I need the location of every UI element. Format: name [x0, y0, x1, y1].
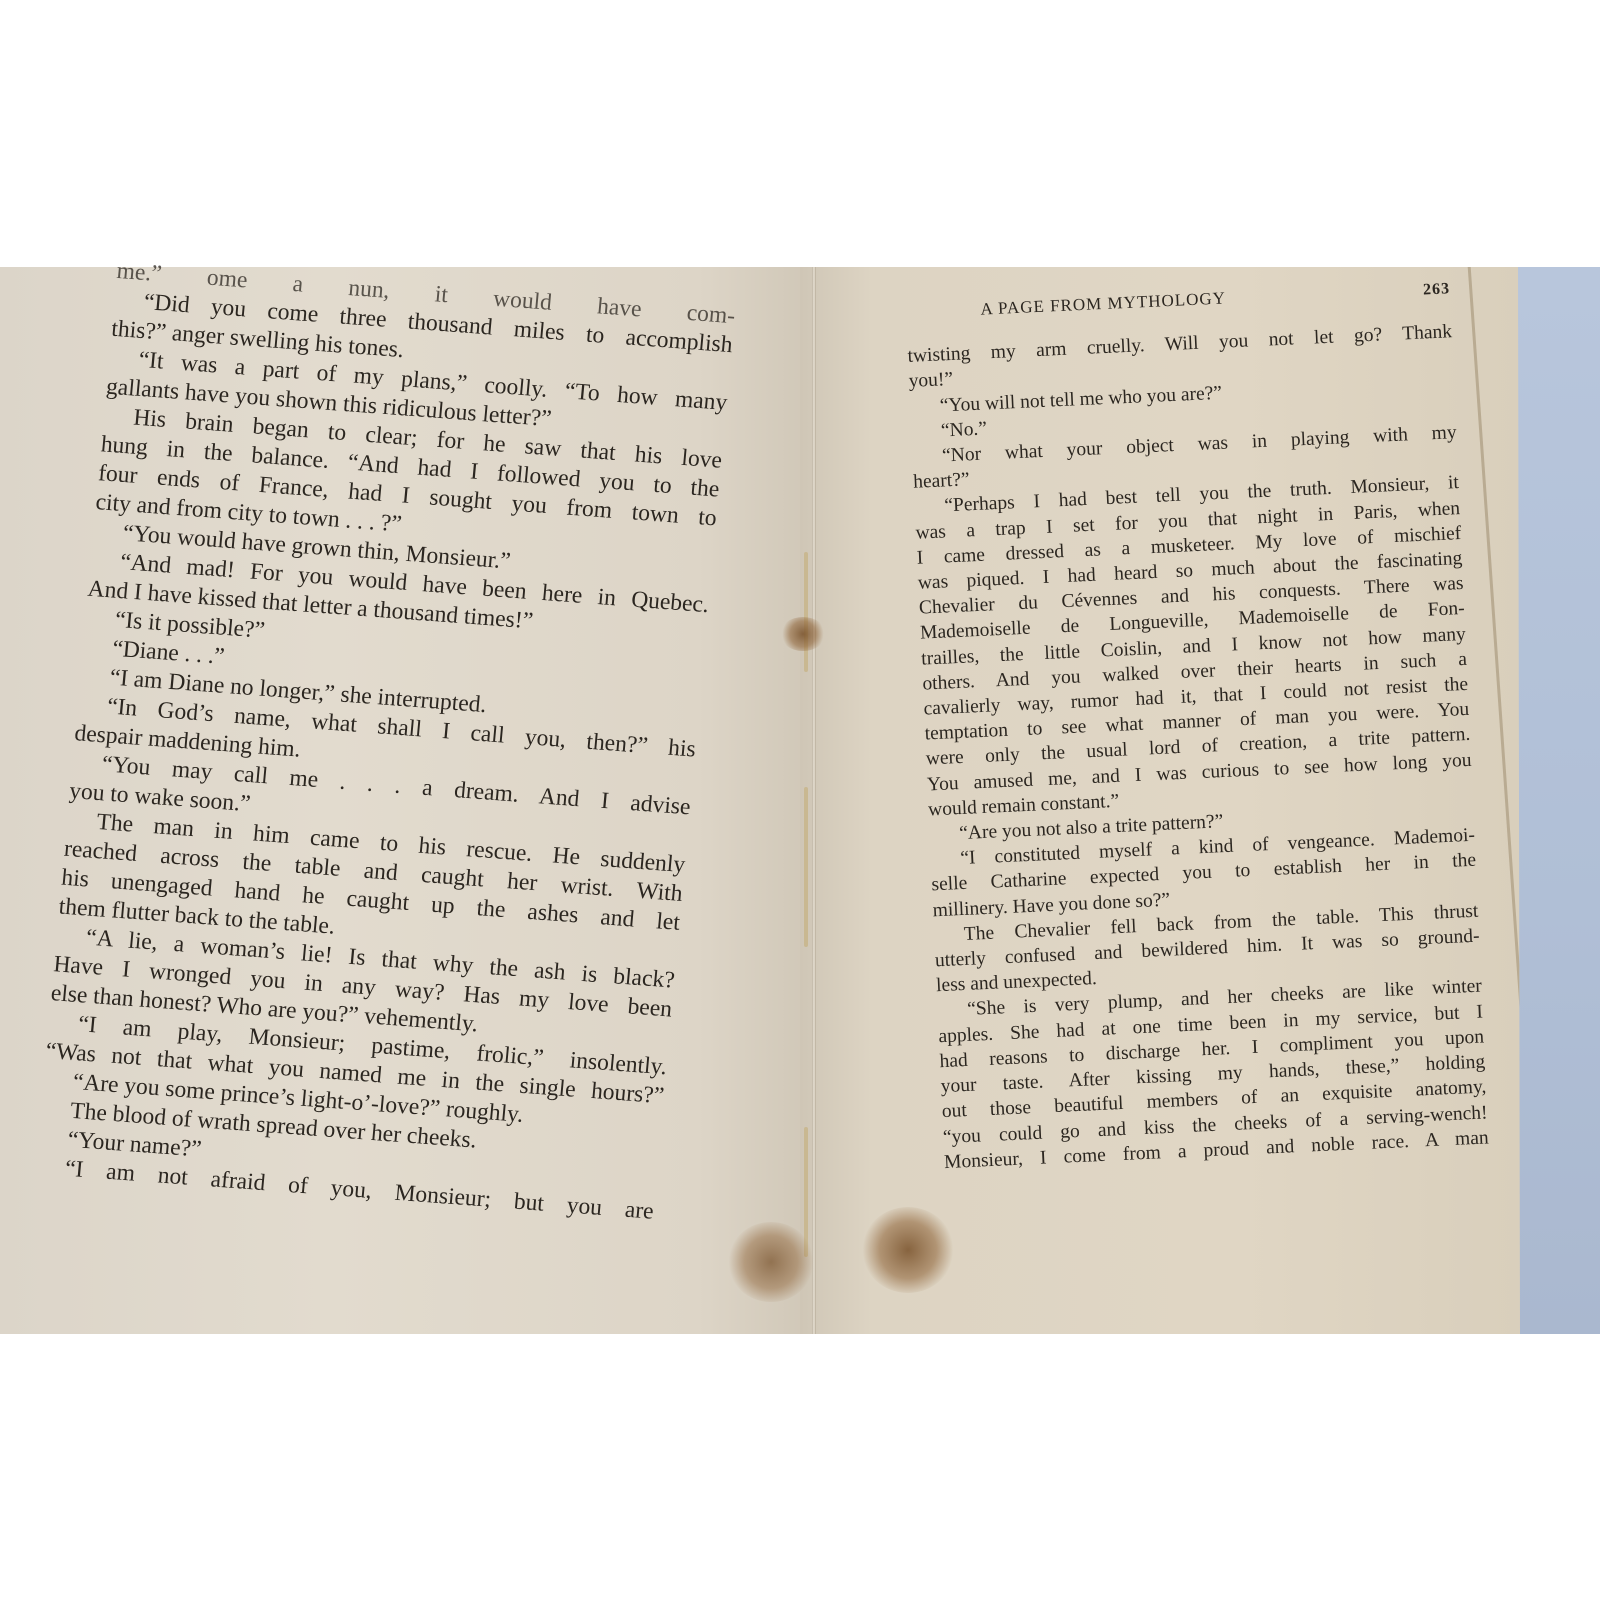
foxing-stain-left	[728, 1222, 814, 1302]
book-spine-gutter	[812, 267, 816, 1334]
gutter-stain	[780, 617, 826, 651]
left-page-text: me.” ome a nun, it would have com-“Did y…	[34, 257, 736, 1227]
binding-thread	[804, 787, 808, 947]
binding-thread	[804, 552, 808, 672]
foxing-stain-right	[862, 1207, 954, 1293]
right-page-body: twisting my arm cruelly. Will you not le…	[907, 319, 1489, 1175]
right-page-text: A PAGE FROM MYTHOLOGY 263 twisting my ar…	[905, 275, 1489, 1175]
page-number: 263	[1423, 276, 1451, 302]
